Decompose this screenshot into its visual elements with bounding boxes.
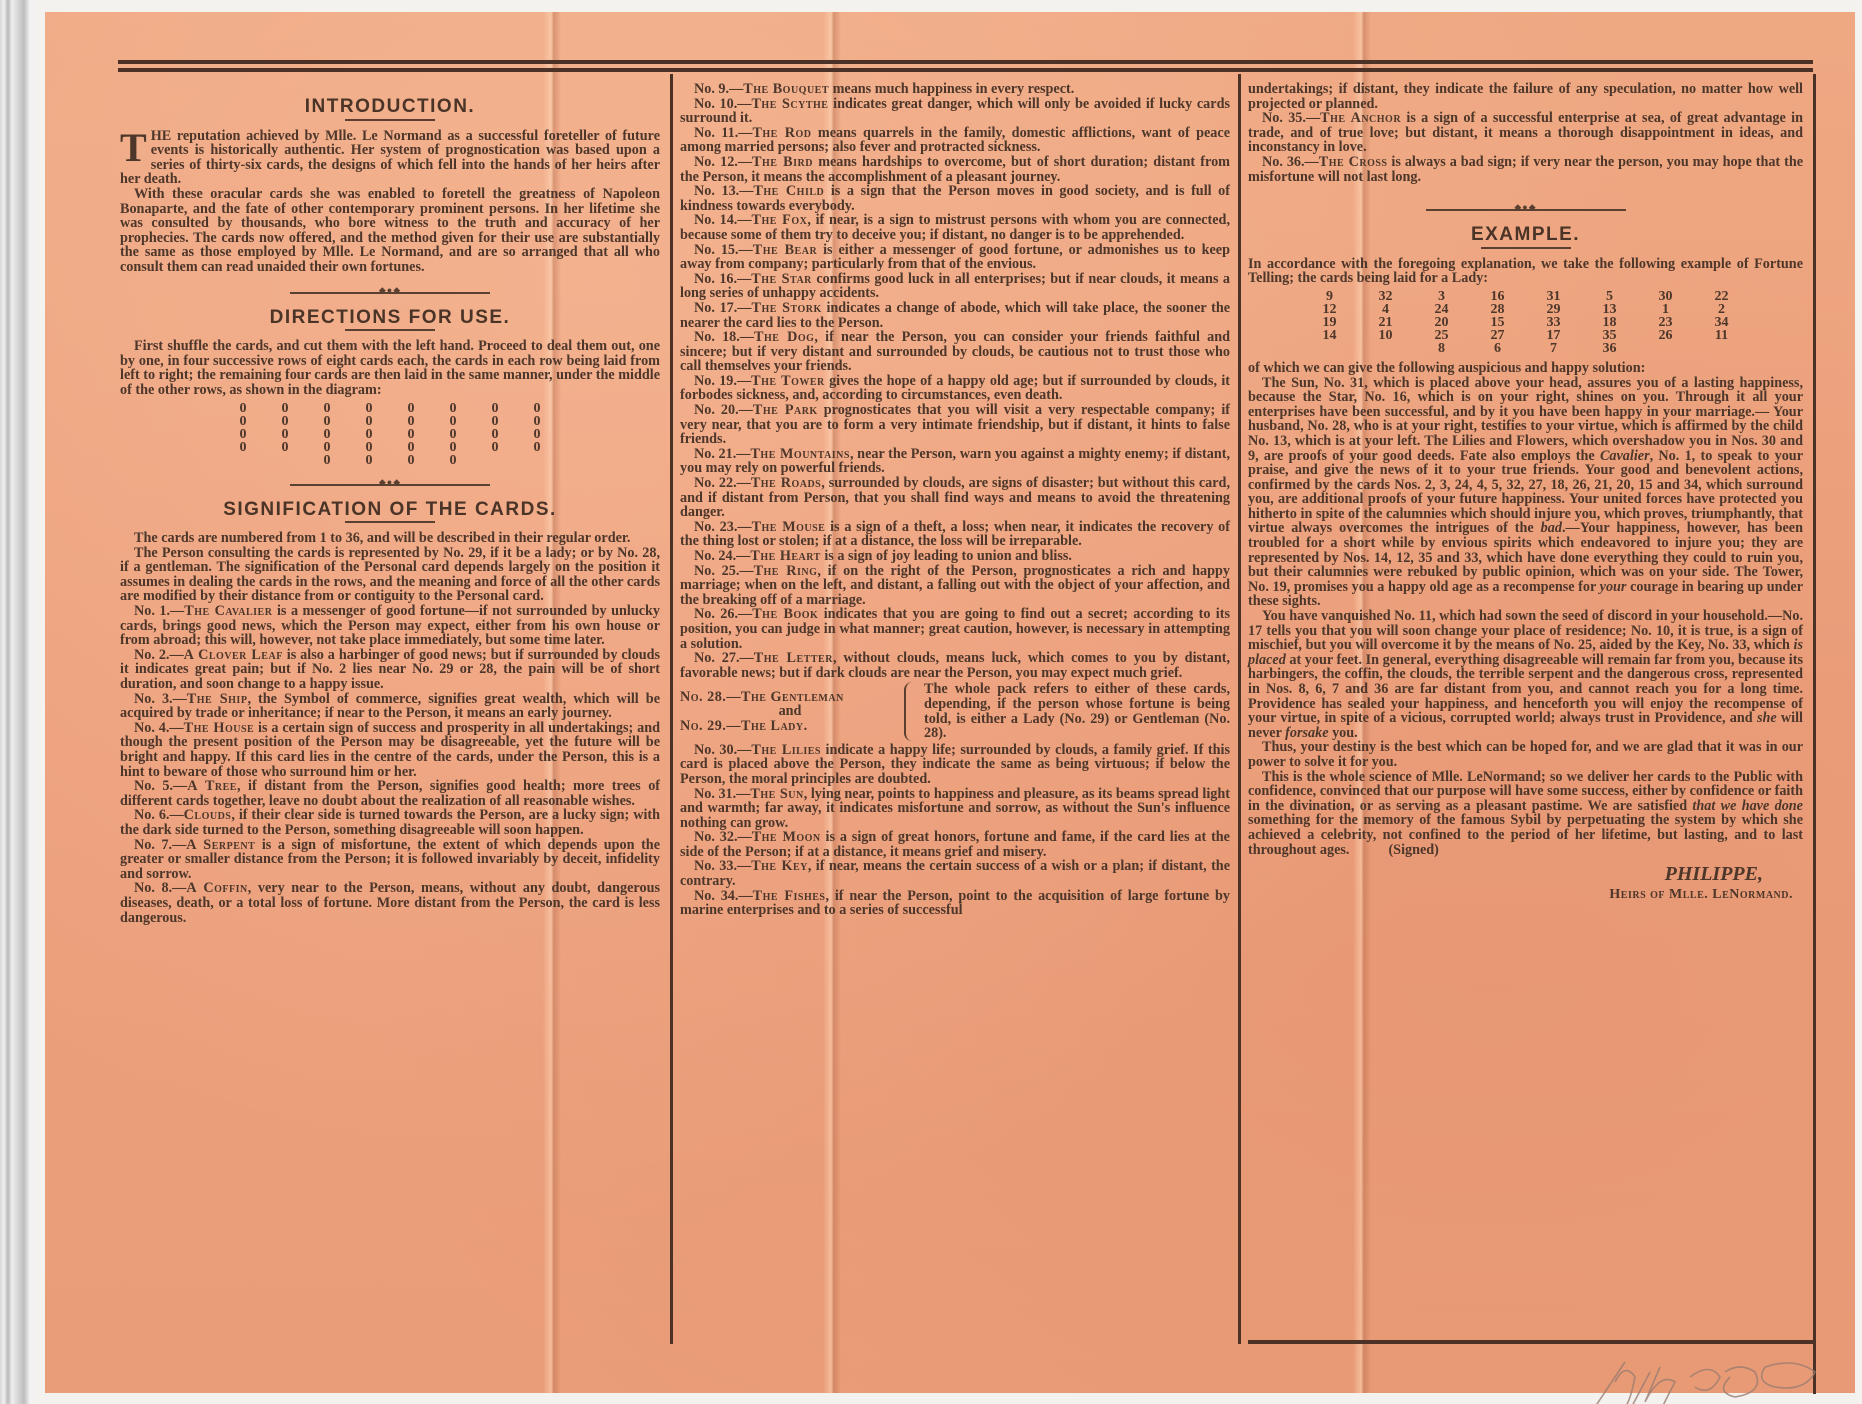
- heading-example: EXAMPLE.: [1248, 228, 1803, 243]
- column-left: INTRODUCTION. THE reputation achieved by…: [120, 94, 660, 925]
- card-layout-diagram: 00000000 00000000 00000000 00000000 0000: [120, 402, 660, 467]
- card-entry-15: No. 15.—The Bear is either a messenger o…: [680, 243, 1230, 272]
- heading-underline: [345, 119, 435, 121]
- signer-name: PHILIPPE,: [1248, 867, 1763, 882]
- heading-signification: SIGNIFICATION OF THE CARDS.: [120, 503, 660, 518]
- card-entry-5: No. 5.—A Tree, if distant from the Perso…: [120, 779, 660, 808]
- card-entry-11: No. 11.—The Rod means quarrels in the fa…: [680, 126, 1230, 155]
- card-entry-33: No. 33.—The Key, if near, means the cert…: [680, 859, 1230, 888]
- heading-underline: [345, 329, 435, 331]
- card-entry-25: No. 25.—The Ring, if on the right of the…: [680, 564, 1230, 608]
- drop-cap: T: [120, 131, 151, 165]
- card-entry-6: No. 6.—Clouds, if their clear side is tu…: [120, 808, 660, 837]
- heading-underline: [1481, 247, 1571, 249]
- card-entry-2: No. 2.—A Clover Leaf is also a harbinger…: [120, 648, 660, 692]
- diagram-row: 0000: [222, 454, 558, 467]
- card-entry-14: No. 14.—The Fox, if near, is a sign to m…: [680, 213, 1230, 242]
- closing-paragraph: This is the whole science of Mlle. LeNor…: [1248, 770, 1803, 858]
- card-34-continuation: undertakings; if distant, they indicate …: [1248, 82, 1803, 111]
- card-entry-12: No. 12.—The Bird means hardships to over…: [680, 155, 1230, 184]
- ornament-divider: [290, 481, 490, 489]
- card-entry-7: No. 7.—A Serpent is a sign of misfortune…: [120, 838, 660, 882]
- example-row: 9323163153022: [1302, 290, 1750, 303]
- column-divider-2: [1238, 74, 1241, 1344]
- signification-paragraph-1: The cards are numbered from 1 to 36, and…: [120, 531, 660, 546]
- card-entry-34: No. 34.—The Fishes, if near the Person, …: [680, 889, 1230, 918]
- card-entry-24: No. 24.—The Heart is a sign of joy leadi…: [680, 549, 1230, 564]
- card-entry-22: No. 22.—The Roads, surrounded by clouds,…: [680, 476, 1230, 520]
- top-double-rule-2: [118, 68, 1813, 72]
- pair-and: and: [680, 704, 900, 719]
- heirs-line: Heirs of Mlle. LeNormand.: [1248, 888, 1793, 903]
- signature-block: PHILIPPE, Heirs of Mlle. LeNormand.: [1248, 867, 1803, 902]
- column-middle: No. 9.—The Bouquet means much happiness …: [680, 82, 1230, 918]
- bottom-rule-right: [1248, 1340, 1813, 1344]
- example-row: 1921201533182334: [1302, 316, 1750, 329]
- diagram-row: 00000000: [222, 402, 558, 415]
- card-entry-20: No. 20.—The Park prognosticates that you…: [680, 403, 1230, 447]
- card-entry-21: No. 21.—The Mountains, near the Person, …: [680, 447, 1230, 476]
- top-double-rule: [118, 60, 1813, 64]
- solution-paragraph-2: You have vanquished No. 11, which had so…: [1248, 609, 1803, 740]
- intro-paragraph-2: With these oracular cards she was enable…: [120, 187, 660, 275]
- card-entry-19: No. 19.—The Tower gives the hope of a ha…: [680, 374, 1230, 403]
- card-entry-26: No. 26.—The Book indicates that you are …: [680, 607, 1230, 651]
- example-card-layout: 9323163153022 1242428291312 192120153318…: [1248, 290, 1803, 355]
- card-entry-17: No. 17.—The Stork indicates a change of …: [680, 301, 1230, 330]
- heading-introduction: INTRODUCTION.: [120, 100, 660, 115]
- card-entry-31: No. 31.—The Sun, lying near, points to h…: [680, 787, 1230, 831]
- card-entry-8: No. 8.—A Coffin, very near to the Person…: [120, 881, 660, 925]
- signification-paragraph-2: The Person consulting the cards is repre…: [120, 546, 660, 604]
- card-entry-3: No. 3.—The Ship, the Symbol of commerce,…: [120, 692, 660, 721]
- card-28-29-description: The whole pack refers to either of these…: [924, 682, 1230, 740]
- card-entry-9: No. 9.—The Bouquet means much happiness …: [680, 82, 1230, 97]
- scanner-edge: [0, 0, 34, 1404]
- ornament-divider: [290, 289, 490, 297]
- example-row: 1242428291312: [1302, 303, 1750, 316]
- card-entry-27: No. 27.—The Letter, without clouds, mean…: [680, 651, 1230, 680]
- diagram-row: 00000000: [222, 428, 558, 441]
- card-29-label: No. 29.—The Lady.: [680, 719, 900, 734]
- diagram-row: 00000000: [222, 415, 558, 428]
- example-row: 1410252717352611: [1302, 329, 1750, 342]
- ornament-divider: [1426, 206, 1626, 214]
- signed-label: (Signed): [1388, 842, 1438, 858]
- card-entry-32: No. 32.—The Moon is a sign of great hono…: [680, 830, 1230, 859]
- instruction-sheet: INTRODUCTION. THE reputation achieved by…: [45, 12, 1855, 1393]
- handwritten-signature: [1575, 1352, 1835, 1404]
- right-border-rule: [1813, 74, 1816, 1394]
- card-28-label: No. 28.—The Gentleman: [680, 690, 900, 705]
- card-entry-30: No. 30.—The Lilies indicate a happy life…: [680, 743, 1230, 787]
- example-row: 86736: [1302, 342, 1750, 355]
- column-right: undertakings; if distant, they indicate …: [1248, 82, 1803, 902]
- heading-underline: [345, 521, 435, 523]
- solution-paragraph-1: The Sun, No. 31, which is placed above y…: [1248, 376, 1803, 610]
- card-entry-23: No. 23.—The Mouse is a sign of a theft, …: [680, 520, 1230, 549]
- heading-directions: DIRECTIONS FOR USE.: [120, 311, 660, 326]
- directions-paragraph: First shuffle the cards, and cut them wi…: [120, 339, 660, 397]
- example-intro: In accordance with the foregoing explana…: [1248, 257, 1803, 286]
- card-entry-4: No. 4.—The House is a certain sign of su…: [120, 721, 660, 779]
- solution-intro: of which we can give the following auspi…: [1248, 361, 1803, 376]
- intro-paragraph-1: THE reputation achieved by Mlle. Le Norm…: [120, 129, 660, 187]
- card-entry-13: No. 13.—The Child is a sign that the Per…: [680, 184, 1230, 213]
- card-entry-18: No. 18.—The Dog, if near the Person, you…: [680, 330, 1230, 374]
- card-entry-36: No. 36.—The Cross is always a bad sign; …: [1248, 155, 1803, 184]
- diagram-row: 00000000: [222, 441, 558, 454]
- card-entry-35: No. 35.—The Anchor is a sign of a succes…: [1248, 111, 1803, 155]
- card-entry-28-29: No. 28.—The Gentleman and No. 29.—The La…: [680, 682, 1230, 740]
- card-entry-10: No. 10.—The Scythe indicates great dange…: [680, 97, 1230, 126]
- card-entry-1: No. 1.—The Cavalier is a messenger of go…: [120, 604, 660, 648]
- curly-brace: [904, 682, 916, 740]
- card-entry-16: No. 16.—The Star confirms good luck in a…: [680, 272, 1230, 301]
- column-divider-1: [670, 74, 673, 1344]
- destiny-paragraph: Thus, your destiny is the best which can…: [1248, 740, 1803, 769]
